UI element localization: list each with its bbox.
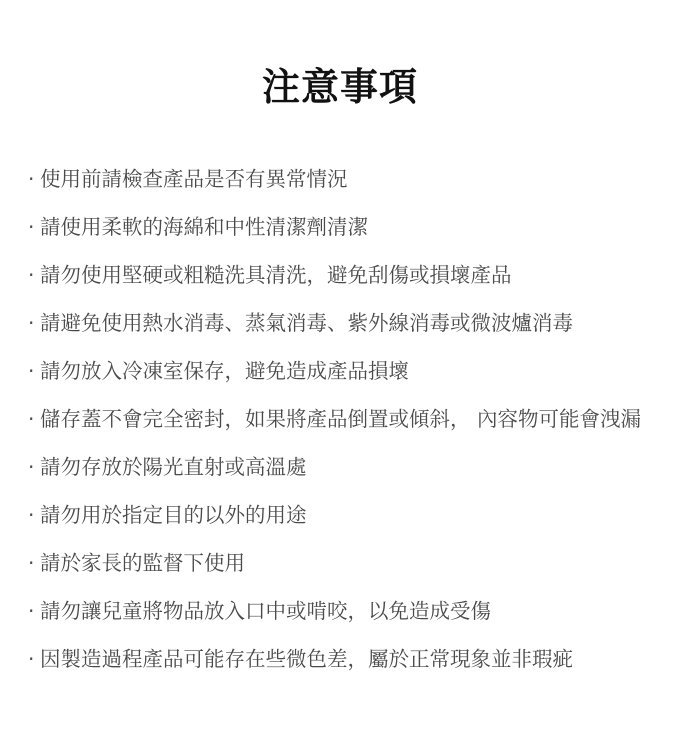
note-text: 請於家長的監督下使用	[40, 543, 245, 583]
list-item: · 請避免使用熱水消毒、蒸氣消毒、紫外線消毒或微波爐消毒	[28, 299, 641, 347]
list-item: · 儲存蓋不會完全密封，如果將產品倒置或傾斜， 內容物可能會洩漏	[28, 395, 641, 443]
list-item: · 請使用柔軟的海綿和中性清潔劑清潔	[28, 203, 641, 251]
note-text: 請勿使用堅硬或粗糙洗具清洗，避免刮傷或損壞產品	[40, 255, 512, 295]
list-item: · 使用前請檢查產品是否有異常情況	[28, 155, 641, 203]
list-item: · 請勿放入冷凍室保存，避免造成產品損壞	[28, 347, 641, 395]
bullet-icon: ·	[28, 303, 40, 343]
note-text: 使用前請檢查產品是否有異常情況	[40, 159, 348, 199]
list-item: · 請於家長的監督下使用	[28, 539, 641, 587]
bullet-icon: ·	[28, 255, 40, 295]
note-text: 請勿用於指定目的以外的用途	[40, 495, 307, 535]
bullet-icon: ·	[28, 351, 40, 391]
note-text: 請使用柔軟的海綿和中性清潔劑清潔	[40, 207, 368, 247]
page-title: 注意事項	[0, 62, 680, 112]
note-text: 請勿存放於陽光直射或高溫處	[40, 447, 307, 487]
note-text: 因製造過程產品可能存在些微色差，屬於正常現象並非瑕疵	[40, 639, 573, 679]
bullet-icon: ·	[28, 639, 40, 679]
list-item: · 請勿存放於陽光直射或高溫處	[28, 443, 641, 491]
notes-list: · 使用前請檢查產品是否有異常情況 · 請使用柔軟的海綿和中性清潔劑清潔 · 請…	[28, 155, 641, 683]
note-text: 儲存蓋不會完全密封，如果將產品倒置或傾斜， 內容物可能會洩漏	[40, 399, 641, 439]
bullet-icon: ·	[28, 495, 40, 535]
list-item: · 因製造過程產品可能存在些微色差，屬於正常現象並非瑕疵	[28, 635, 641, 683]
bullet-icon: ·	[28, 447, 40, 487]
note-text: 請避免使用熱水消毒、蒸氣消毒、紫外線消毒或微波爐消毒	[40, 303, 573, 343]
note-text: 請勿放入冷凍室保存，避免造成產品損壞	[40, 351, 409, 391]
bullet-icon: ·	[28, 591, 40, 631]
list-item: · 請勿讓兒童將物品放入口中或啃咬，以免造成受傷	[28, 587, 641, 635]
bullet-icon: ·	[28, 399, 40, 439]
bullet-icon: ·	[28, 159, 40, 199]
bullet-icon: ·	[28, 207, 40, 247]
list-item: · 請勿使用堅硬或粗糙洗具清洗，避免刮傷或損壞產品	[28, 251, 641, 299]
list-item: · 請勿用於指定目的以外的用途	[28, 491, 641, 539]
bullet-icon: ·	[28, 543, 40, 583]
note-text: 請勿讓兒童將物品放入口中或啃咬，以免造成受傷	[40, 591, 491, 631]
